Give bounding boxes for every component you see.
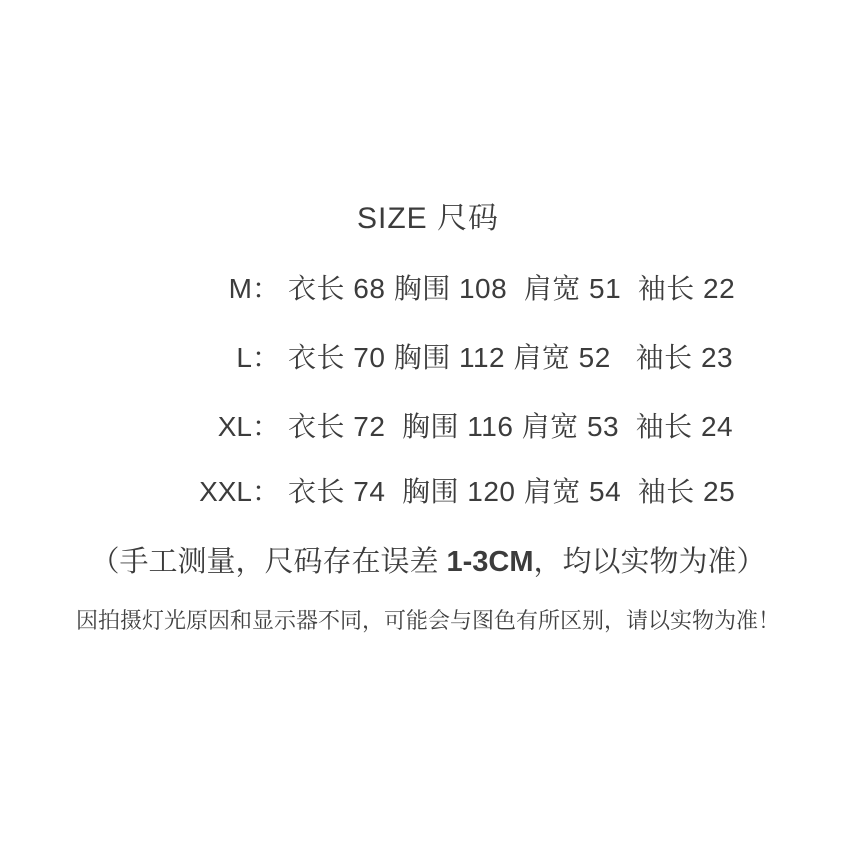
size-label-l: L：	[180, 339, 280, 377]
size-row-xl: XL： 衣长 72 胸围 116 肩宽 53 袖长 24	[180, 408, 740, 446]
size-chart-image: SIZE 尺码 M： 衣长 68 胸围 108 肩宽 51 袖长 22 L： 衣…	[0, 0, 856, 856]
size-measurements-xxl: 衣长 74 胸围 120 肩宽 54 袖长 25	[280, 473, 735, 511]
size-measurements-xl: 衣长 72 胸围 116 肩宽 53 袖长 24	[280, 408, 733, 446]
tolerance-note-suffix: ，均以实物为准）	[534, 546, 766, 578]
size-measurements-l: 衣长 70 胸围 112 肩宽 52 袖长 23	[280, 339, 733, 377]
size-measurements-m: 衣长 68 胸围 108 肩宽 51 袖长 22	[280, 270, 735, 308]
size-label-xl: XL：	[180, 408, 280, 446]
size-chart-title: SIZE 尺码	[0, 200, 856, 238]
size-row-m: M： 衣长 68 胸围 108 肩宽 51 袖长 22	[180, 270, 740, 308]
size-label-m: M：	[180, 270, 280, 308]
size-label-xxl: XXL：	[180, 473, 280, 511]
measurement-tolerance-note: （手工测量，尺码存在误差 1-3CM，均以实物为准）	[0, 543, 856, 581]
color-difference-disclaimer: 因拍摄灯光原因和显示器不同，可能会与图色有所区别，请以实物为准！	[0, 605, 856, 637]
tolerance-note-prefix: （手工测量，尺码存在误差	[90, 546, 446, 578]
size-row-l: L： 衣长 70 胸围 112 肩宽 52 袖长 23	[180, 339, 740, 377]
tolerance-range: 1-3CM	[447, 546, 534, 578]
size-row-xxl: XXL： 衣长 74 胸围 120 肩宽 54 袖长 25	[180, 473, 740, 511]
